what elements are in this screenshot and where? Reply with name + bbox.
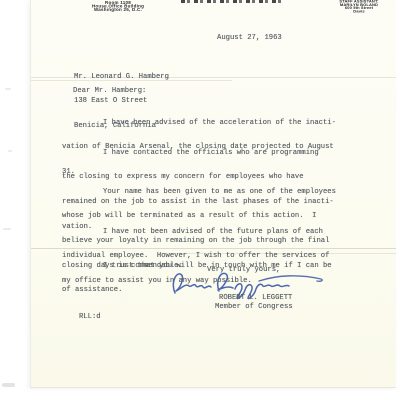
typist-initials: RLL:d <box>79 313 101 321</box>
letterhead-line: Washington 25, D.C. <box>78 8 158 12</box>
signature-stroke-flourish <box>259 276 322 281</box>
scanned-letter-background: Room 1108 House Office Building Washingt… <box>0 0 400 400</box>
letterhead-right-block: STAFF ASSISTANT: MARILYN BOLAND 600 5th … <box>319 0 399 13</box>
scan-smudge <box>5 88 11 90</box>
body-line: I have been advised of the acceleration … <box>62 119 362 127</box>
clipped-masthead-text <box>181 0 281 3</box>
letterhead-left-block: Room 1108 House Office Building Washingt… <box>78 1 158 12</box>
signer-title: Member of Congress <box>215 303 293 311</box>
date-line: August 27, 1963 <box>217 34 282 42</box>
salutation: Dear Mr. Hamberg: <box>73 87 146 95</box>
scan-smudge <box>3 228 11 230</box>
body-line: I have contacted the officials who are p… <box>62 149 362 157</box>
address-line: Mr. Leonard G. Hamberg <box>74 73 169 81</box>
scan-smudge <box>8 150 12 152</box>
letterhead-line: Davis <box>319 10 399 13</box>
body-line: I have not been advised of the future pl… <box>62 228 362 236</box>
scan-smudge <box>2 383 15 387</box>
letter-paper: Room 1108 House Office Building Washingt… <box>30 0 396 388</box>
typed-signer-name: ROBERT L. LEGGETT <box>219 294 292 302</box>
body-line: Your name has been given to me as one of… <box>62 188 362 196</box>
